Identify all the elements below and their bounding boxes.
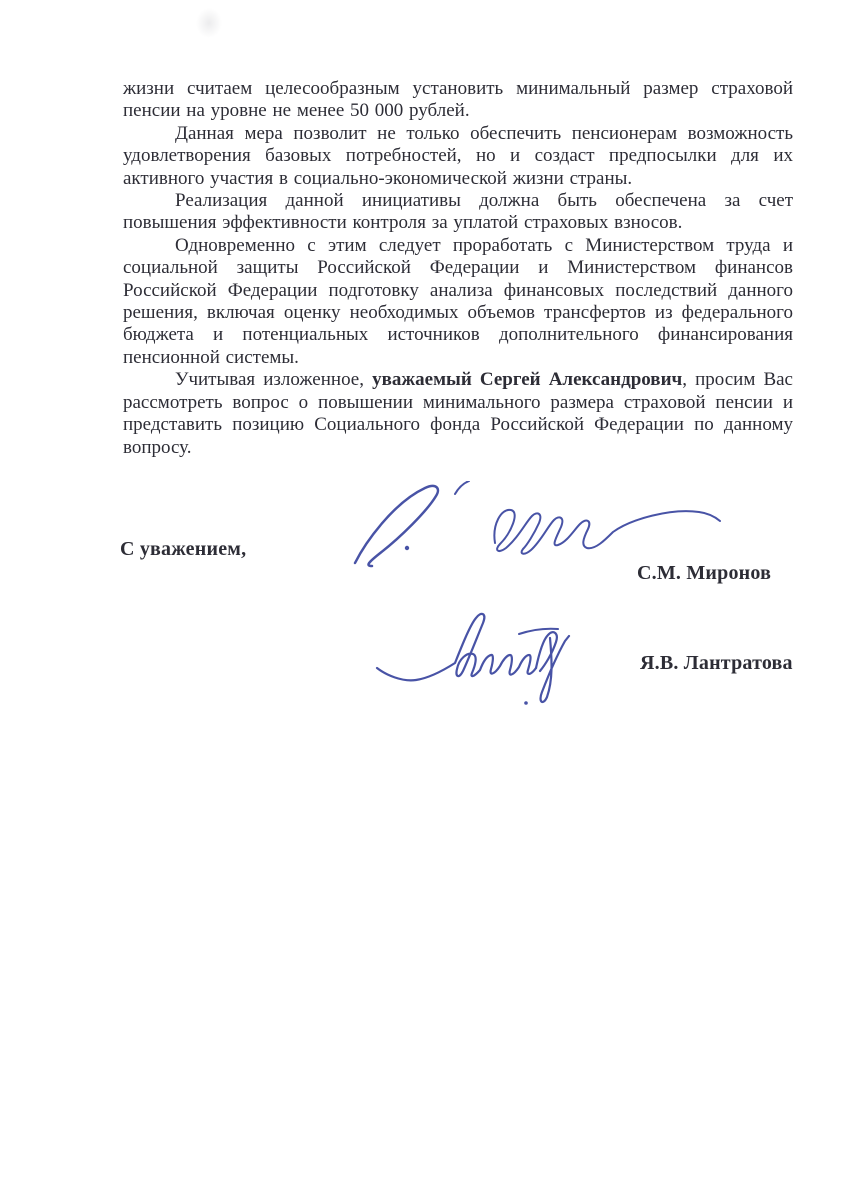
closing-salutation: С уважением, — [120, 538, 246, 561]
paragraph: Реализация данной инициативы должна быть… — [123, 190, 793, 235]
text-run: Одновременно с этим следует проработать … — [123, 235, 793, 368]
paragraph: Одновременно с этим следует проработать … — [123, 235, 793, 369]
signatory-name-lantratova: Я.В. Лантратова — [640, 652, 793, 675]
text-run: жизни считаем целесообразным установить … — [123, 78, 793, 121]
signature-dot — [405, 546, 409, 550]
paragraph: Учитывая изложенное, уважаемый Сергей Ал… — [123, 369, 793, 459]
document-page: жизни считаем целесообразным установить … — [0, 0, 849, 1200]
text-run: Реализация данной инициативы должна быть… — [123, 190, 793, 233]
signature-stroke — [355, 486, 438, 566]
paragraph: Данная мера позволит не только обеспечит… — [123, 123, 793, 190]
mironov-signature-icon — [349, 481, 721, 569]
scan-smudge — [196, 8, 222, 38]
text-run: Данная мера позволит не только обеспечит… — [123, 123, 793, 189]
signature-stroke — [377, 614, 536, 680]
signature-stroke — [494, 510, 720, 554]
letter-body: жизни считаем целесообразным установить … — [123, 78, 793, 459]
text-run: Учитывая изложенное, — [175, 369, 372, 390]
signatory-name-mironov: С.М. Миронов — [637, 562, 771, 585]
paragraph: жизни считаем целесообразным установить … — [123, 78, 793, 123]
lantratova-signature-icon — [372, 608, 572, 712]
emphasis-bold-run: уважаемый Сергей Александрович — [372, 369, 682, 390]
signature-stroke — [455, 481, 469, 494]
signature-dot — [524, 701, 528, 705]
